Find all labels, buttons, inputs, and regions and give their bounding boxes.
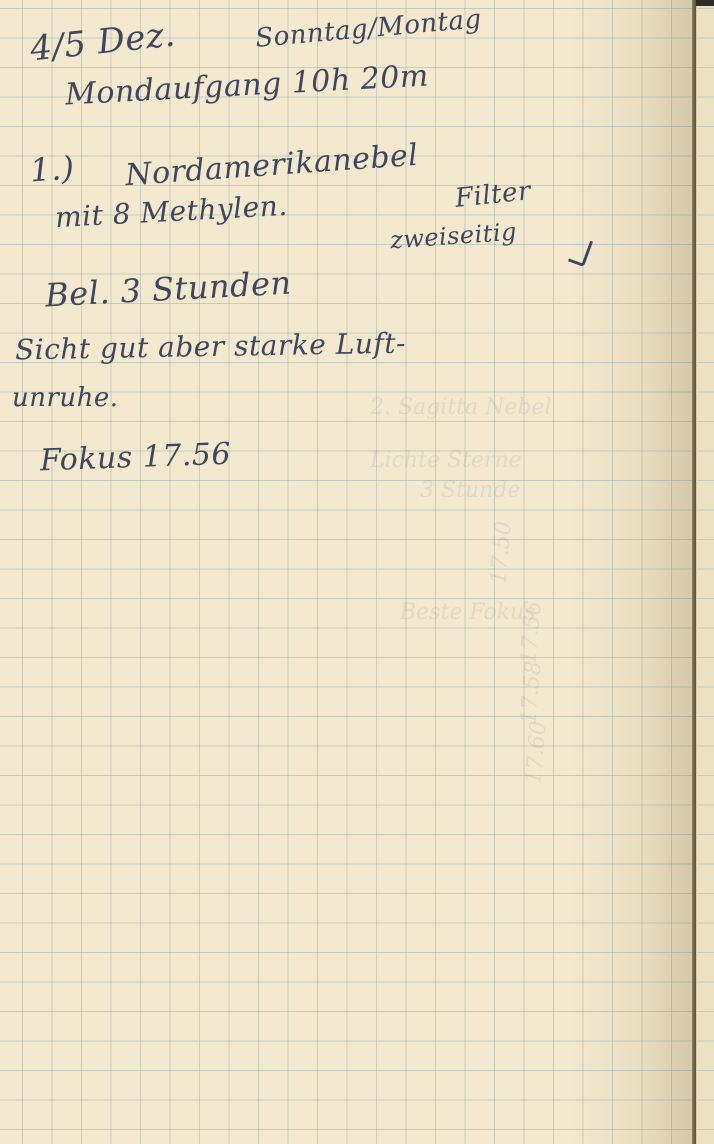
- filter-note: zweiseitig: [389, 218, 518, 255]
- entry-date: 4/5 Dez.: [28, 14, 177, 69]
- show-through-text: 17.58: [516, 660, 546, 725]
- seeing-note-continued: unruhe.: [12, 383, 119, 413]
- seeing-note: Sicht gut aber starke Luft-: [15, 327, 406, 367]
- show-through-text: 3 Stunde: [420, 478, 520, 503]
- show-through-text: 2. Sagitta Nebel: [370, 395, 552, 420]
- moonrise-time: Mondaufgang 10h 20m: [64, 59, 429, 113]
- show-through-text: 17.50: [486, 520, 516, 585]
- filter-label: Filter: [454, 176, 533, 214]
- show-through-text: Lichte Sterne: [370, 448, 522, 473]
- item-number: 1.): [29, 148, 76, 189]
- entry-day: Sonntag/Montag: [254, 4, 483, 54]
- notebook-page: 2. Sagitta Nebel Lichte Sterne 3 Stunde …: [0, 0, 692, 1144]
- exposure-time: Bel. 3 Stunden: [44, 264, 292, 315]
- show-through-text: 17.60: [521, 720, 551, 785]
- show-through-text: Beste Fokus: [400, 600, 535, 625]
- observed-object: Nordamerikanebel: [124, 138, 419, 193]
- adjacent-page-edge: [696, 0, 714, 1144]
- checkmark-icon: [568, 236, 593, 267]
- instrument-note: mit 8 Methylen.: [54, 189, 288, 234]
- show-through-text: 17.56: [516, 600, 546, 665]
- focus-value: Fokus 17.56: [39, 437, 231, 479]
- cover-edge: [696, 0, 714, 6]
